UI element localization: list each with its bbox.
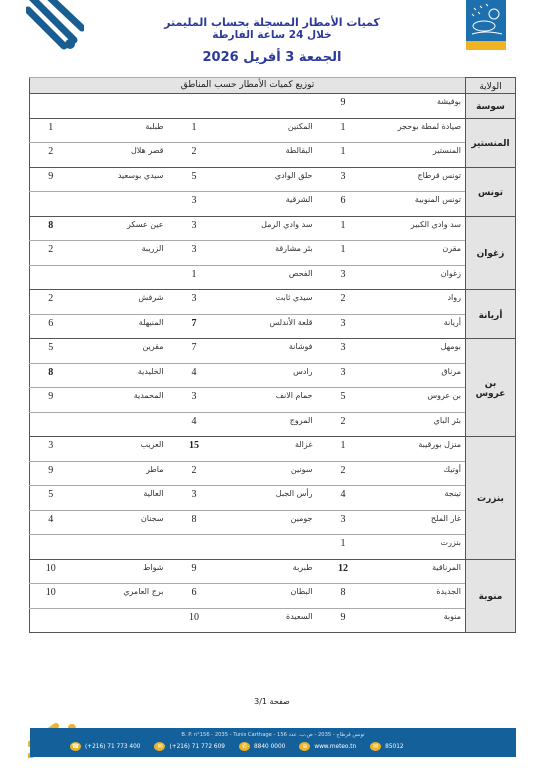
station-name xyxy=(221,94,317,119)
station-name: شواط xyxy=(72,559,168,584)
table-row: تينجة4رأس الجبل3العالية5 xyxy=(30,486,516,511)
rainfall-value: 1 xyxy=(168,118,221,143)
rainfall-value: 1 xyxy=(317,216,370,241)
rainfall-value: 5 xyxy=(30,486,72,511)
page-number: صفحة 3/1 xyxy=(0,697,544,706)
rainfall-value: 3 xyxy=(168,216,221,241)
rainfall-value: 1 xyxy=(317,535,370,560)
station-name: المنيهلة xyxy=(72,314,168,339)
station-name: المرناقية xyxy=(370,559,466,584)
rainfall-value: 4 xyxy=(317,486,370,511)
station-name: بنزرت xyxy=(370,535,466,560)
station-name: سد وادي الرمل xyxy=(221,216,317,241)
station-name: رادس xyxy=(221,363,317,388)
table-row: زغوانسد وادي الكبير1سد وادي الرمل3عين عس… xyxy=(30,216,516,241)
rainfall-value: 3 xyxy=(30,437,72,462)
station-name: الزريبة xyxy=(72,241,168,266)
rainfall-value: 10 xyxy=(30,584,72,609)
station-name: غار الملح xyxy=(370,510,466,535)
rainfall-value: 4 xyxy=(168,412,221,437)
station-name: فوشانة xyxy=(221,339,317,364)
contact-text: www.meteo.tn xyxy=(314,744,356,750)
rainfall-value: 3 xyxy=(317,314,370,339)
table-row: تونس المنوبية6الشرقية3 xyxy=(30,192,516,217)
station-name: المروج xyxy=(221,412,317,437)
rainfall-value: 10 xyxy=(30,559,72,584)
rainfall-value: 1 xyxy=(317,143,370,168)
station-name: شرفش xyxy=(72,290,168,315)
rainfall-value: 5 xyxy=(168,167,221,192)
station-name xyxy=(72,608,168,633)
governorate-cell: تونس xyxy=(466,167,516,216)
contact-item: ✆8840 0000 xyxy=(239,742,285,751)
table-row: الجديدة8البطان6برج العامري10 xyxy=(30,584,516,609)
table-row: أريانة3قلعة الأندلس7المنيهلة6 xyxy=(30,314,516,339)
rainfall-value: 10 xyxy=(168,608,221,633)
rainfall-value: 3 xyxy=(168,486,221,511)
rainfall-value xyxy=(168,94,221,119)
rainfall-value: 3 xyxy=(168,241,221,266)
station-name: الفحص xyxy=(221,265,317,290)
station-name: مقرن xyxy=(370,241,466,266)
rainfall-value: 2 xyxy=(168,143,221,168)
governorate-cell: أريانة xyxy=(466,290,516,339)
contact-item: ✉(+216) 71 772 609 xyxy=(154,742,224,751)
governorate-cell: بن عروس xyxy=(466,339,516,437)
rainfall-value: 9 xyxy=(317,94,370,119)
rainfall-value: 1 xyxy=(30,118,72,143)
station-name: تينجة xyxy=(370,486,466,511)
fax-icon: ✉ xyxy=(154,742,165,751)
rainfall-value: 9 xyxy=(30,167,72,192)
table-row: غار الملح3جومين8سجنان4 xyxy=(30,510,516,535)
station-name: المنستير xyxy=(370,143,466,168)
table-row: مرناق3رادس4الخليدية8 xyxy=(30,363,516,388)
station-name: الخليدية xyxy=(72,363,168,388)
governorate-cell: سوسة xyxy=(466,94,516,119)
rainfall-value xyxy=(30,94,72,119)
contact-item[interactable]: ⊕www.meteo.tn xyxy=(299,742,356,751)
rainfall-value: 3 xyxy=(317,510,370,535)
station-name: البطان xyxy=(221,584,317,609)
contact-item: ✉85012 xyxy=(370,742,403,751)
rainfall-value: 5 xyxy=(30,339,72,364)
station-name: أريانة xyxy=(370,314,466,339)
station-name: سونين xyxy=(221,461,317,486)
rainfall-value: 9 xyxy=(30,461,72,486)
rainfall-value: 12 xyxy=(317,559,370,584)
station-name: السعيدة xyxy=(221,608,317,633)
report-title: كميات الأمطار المسجلة بحساب المليمتر xyxy=(0,16,544,29)
station-name: المحمدية xyxy=(72,388,168,413)
governorate-cell: زغوان xyxy=(466,216,516,290)
rainfall-value: 3 xyxy=(168,388,221,413)
station-name: برج العامري xyxy=(72,584,168,609)
rainfall-value: 2 xyxy=(30,143,72,168)
table-row: المنستير1البقالطة2قصر هلال2 xyxy=(30,143,516,168)
station-name xyxy=(72,535,168,560)
table-row: منوبةالمرناقية12طبربة9شواط10 xyxy=(30,559,516,584)
rainfall-value: 2 xyxy=(317,461,370,486)
station-name: بومهل xyxy=(370,339,466,364)
rainfall-value: 6 xyxy=(317,192,370,217)
header-governorate: الولاية xyxy=(466,78,516,94)
table-row: منوبة9السعيدة10 xyxy=(30,608,516,633)
rainfall-value: 9 xyxy=(30,388,72,413)
rainfall-value xyxy=(30,608,72,633)
station-name: سجنان xyxy=(72,510,168,535)
station-name: حلق الوادي xyxy=(221,167,317,192)
table-row: تونستونس قرطاج3حلق الوادي5سيدي بوسعيد9 xyxy=(30,167,516,192)
table-row: مقرن1بئر مشارقة3الزريبة2 xyxy=(30,241,516,266)
rainfall-value: 9 xyxy=(168,559,221,584)
station-name: بن عروس xyxy=(370,388,466,413)
station-name xyxy=(72,265,168,290)
contact-text: (+216) 71 773 400 xyxy=(85,744,140,750)
governorate-cell: بنزرت xyxy=(466,437,516,560)
station-name: طبلبة xyxy=(72,118,168,143)
sms-icon: ✉ xyxy=(370,742,381,751)
station-name: صيادة لمطة بوحجر xyxy=(370,118,466,143)
station-name xyxy=(221,535,317,560)
web-icon: ⊕ xyxy=(299,742,310,751)
station-name: المكنين xyxy=(221,118,317,143)
rainfall-value xyxy=(168,535,221,560)
table-row: أوتيك2سونين2ماطر9 xyxy=(30,461,516,486)
station-name: الشرقية xyxy=(221,192,317,217)
footer-contact-band: B. P. n°156 - 2035 - Tunis Carthage - تو… xyxy=(30,728,516,757)
station-name: عين عسكر xyxy=(72,216,168,241)
rainfall-value: 3 xyxy=(168,290,221,315)
station-name: الجديدة xyxy=(370,584,466,609)
rainfall-value: 9 xyxy=(317,608,370,633)
rainfall-value: 8 xyxy=(168,510,221,535)
station-name xyxy=(72,412,168,437)
table-row: أريانةرواد2سيدي ثابت3شرفش2 xyxy=(30,290,516,315)
table-row: زغوان3الفحص1 xyxy=(30,265,516,290)
rainfall-value: 6 xyxy=(168,584,221,609)
rainfall-value: 3 xyxy=(168,192,221,217)
header-zones: توزيع كميات الأمطار حسب المناطق xyxy=(30,78,466,94)
station-name: سيدي بوسعيد xyxy=(72,167,168,192)
rainfall-value: 4 xyxy=(30,510,72,535)
contact-text: (+216) 71 772 609 xyxy=(169,744,224,750)
rainfall-value: 3 xyxy=(317,167,370,192)
rainfall-value: 2 xyxy=(317,412,370,437)
station-name xyxy=(72,94,168,119)
contact-item: ☎(+216) 71 773 400 xyxy=(70,742,140,751)
rainfall-value: 8 xyxy=(317,584,370,609)
station-name: تونس قرطاج xyxy=(370,167,466,192)
rainfall-value: 1 xyxy=(317,118,370,143)
station-name: تونس المنوبية xyxy=(370,192,466,217)
station-name: سيدي ثابت xyxy=(221,290,317,315)
rainfall-value: 15 xyxy=(168,437,221,462)
governorate-cell: المنستير xyxy=(466,118,516,167)
rainfall-value: 7 xyxy=(168,314,221,339)
station-name: زغوان xyxy=(370,265,466,290)
rainfall-value xyxy=(30,412,72,437)
contact-text: 8840 0000 xyxy=(254,744,285,750)
station-name: جومين xyxy=(221,510,317,535)
contact-text: 85012 xyxy=(385,744,403,750)
station-name: سد وادي الكبير xyxy=(370,216,466,241)
station-name: مرناق xyxy=(370,363,466,388)
rainfall-value xyxy=(30,535,72,560)
station-name: رأس الجبل xyxy=(221,486,317,511)
rainfall-value: 1 xyxy=(168,265,221,290)
table-header-row: الولاية توزيع كميات الأمطار حسب المناطق xyxy=(30,78,516,94)
rainfall-value: 6 xyxy=(30,314,72,339)
station-name: منوبة xyxy=(370,608,466,633)
station-name: العالية xyxy=(72,486,168,511)
rainfall-table: الولاية توزيع كميات الأمطار حسب المناطق … xyxy=(29,77,516,633)
station-name: البقالطة xyxy=(221,143,317,168)
report-subtitle: خلال 24 ساعة الفارطة xyxy=(0,29,544,41)
rainfall-value: 3 xyxy=(317,339,370,364)
station-name: غزالة xyxy=(221,437,317,462)
station-name: ماطر xyxy=(72,461,168,486)
table-row: المنستيرصيادة لمطة بوحجر1المكنين1طبلبة1 xyxy=(30,118,516,143)
rainfall-value: 1 xyxy=(317,437,370,462)
rainfall-value: 3 xyxy=(317,363,370,388)
phone-icon: ☎ xyxy=(70,742,81,751)
station-name: رواد xyxy=(370,290,466,315)
rainfall-value: 2 xyxy=(317,290,370,315)
station-name: طبربة xyxy=(221,559,317,584)
rainfall-value: 1 xyxy=(317,241,370,266)
table-row: بئر الباي2المروج4 xyxy=(30,412,516,437)
table-row: بنزرتمنزل بورقيبة1غزالة15العزيب3 xyxy=(30,437,516,462)
station-name: بوفيشة xyxy=(370,94,466,119)
station-name: قصر هلال xyxy=(72,143,168,168)
table-row: بن عروس5حمام الانف3المحمدية9 xyxy=(30,388,516,413)
station-name: العزيب xyxy=(72,437,168,462)
rainfall-value: 4 xyxy=(168,363,221,388)
table-row: بن عروسبومهل3فوشانة7مقرين5 xyxy=(30,339,516,364)
station-name xyxy=(72,192,168,217)
rainfall-value: 5 xyxy=(317,388,370,413)
report-date: الجمعة 3 أفريل 2026 xyxy=(0,50,544,65)
rainfall-value: 8 xyxy=(30,363,72,388)
station-name: مقرين xyxy=(72,339,168,364)
station-name: بئر مشارقة xyxy=(221,241,317,266)
rainfall-value: 3 xyxy=(317,265,370,290)
rainfall-value: 7 xyxy=(168,339,221,364)
rainfall-value xyxy=(30,265,72,290)
station-name: أوتيك xyxy=(370,461,466,486)
station-name: منزل بورقيبة xyxy=(370,437,466,462)
rainfall-value: 2 xyxy=(30,241,72,266)
table-row: بنزرت1 xyxy=(30,535,516,560)
footer-address: B. P. n°156 - 2035 - Tunis Carthage - تو… xyxy=(30,732,516,738)
station-name: قلعة الأندلس xyxy=(221,314,317,339)
station-name: بئر الباي xyxy=(370,412,466,437)
hotline-icon: ✆ xyxy=(239,742,250,751)
station-name: حمام الانف xyxy=(221,388,317,413)
rainfall-value xyxy=(30,192,72,217)
rainfall-value: 2 xyxy=(30,290,72,315)
footer-contacts: ☎(+216) 71 773 400✉(+216) 71 772 609✆884… xyxy=(70,742,404,751)
rainfall-value: 8 xyxy=(30,216,72,241)
table-row: سوسةبوفيشة9 xyxy=(30,94,516,119)
governorate-cell: منوبة xyxy=(466,559,516,633)
rainfall-value: 2 xyxy=(168,461,221,486)
